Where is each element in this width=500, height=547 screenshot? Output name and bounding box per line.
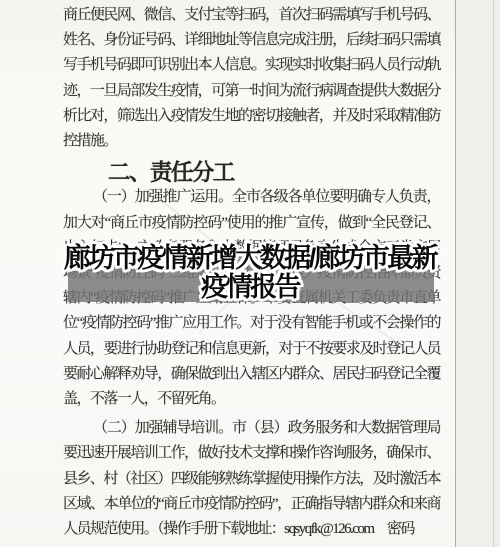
headline-line-1: 廊坊市疫情新增大数据/廊坊市最新 xyxy=(40,244,460,273)
section-heading: 二、责任分工 xyxy=(63,160,440,185)
scanned-document-page: 商丘便民网、微信、支付宝等扫码，首次扫码需填写手机号码、姓名、身份证号码、详细地… xyxy=(0,0,500,547)
page-right-margin-rule xyxy=(455,0,456,547)
paragraph-training-guidance: （二）加强辅导培训。市（县）政务服务和大数据管理局要迅速开展培训工作，做好技术支… xyxy=(63,416,440,542)
paragraph-continuation: 商丘便民网、微信、支付宝等扫码，首次扫码需填写手机号码、姓名、身份证号码、详细地… xyxy=(63,3,440,154)
page-right-margin-rule-faint xyxy=(493,0,494,547)
headline-overlay-title: 廊坊市疫情新增大数据/廊坊市最新 疫情报告 xyxy=(40,244,460,302)
headline-line-2: 疫情报告 xyxy=(40,273,460,302)
